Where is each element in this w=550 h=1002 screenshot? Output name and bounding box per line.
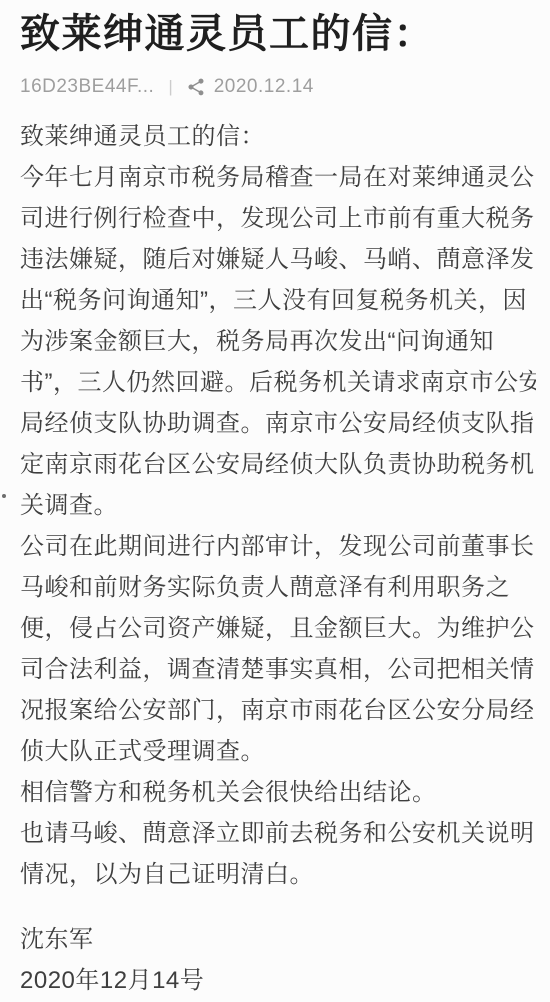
share-icon[interactable] (186, 76, 206, 98)
article-page: 致莱绅通灵员工的信： 16D23BE44F... | 2020.12.14 致莱… (0, 0, 550, 1001)
article-line: 也请马峻、蔄意泽立即前去税务和公安机关说明 (20, 813, 536, 854)
article-line: 沈东军 (20, 919, 536, 960)
meta-divider: | (168, 77, 172, 97)
article-date: 2020.12.14 (214, 76, 314, 98)
paragraph-salutation: 致莱绅通灵员工的信： (20, 116, 536, 157)
article-line: 违法嫌疑，随后对嫌疑人马峻、马峭、蔄意泽发 (20, 239, 536, 280)
paragraph-conclusion: 相信警方和税务机关会很快给出结论。 (20, 772, 536, 813)
article-body: 致莱绅通灵员工的信：今年七月南京市税务局稽查一局在对莱绅通灵公司进行例行检查中，… (20, 116, 536, 1001)
article-line: 情况，以为自己证明清白。 (20, 854, 536, 895)
paragraph-audit: 公司在此期间进行内部审计，发现公司前董事长马峻和前财务实际负责人蔄意泽有利用职务… (20, 526, 536, 772)
paragraph-investigation: 今年七月南京市税务局稽查一局在对莱绅通灵公司进行例行检查中，发现公司上市前有重大… (20, 157, 536, 526)
article-line: 局经侦支队协助调查。南京市公安局经侦支队指 (20, 403, 536, 444)
article-line: 便，侵占公司资产嫌疑，且金额巨大。为维护公 (20, 608, 536, 649)
document-id: 16D23BE44F... (20, 76, 154, 98)
article-line: 2020年12月14号 (20, 960, 536, 1001)
article-line: 定南京雨花台区公安局经侦大队负责协助税务机 (20, 444, 536, 485)
article-line: 马峻和前财务实际负责人蔄意泽有利用职务之 (20, 567, 536, 608)
article-line: 关调查。 (20, 485, 536, 526)
article-line: 为涉案金额巨大，税务局再次发出“问询通知 (20, 321, 536, 362)
article-line: 书”，三人仍然回避。后税务机关请求南京市公安 (20, 362, 536, 403)
article-line: 今年七月南京市税务局稽查一局在对莱绅通灵公 (20, 157, 536, 198)
article-line: 司合法利益，调查清楚事实真相，公司把相关情 (20, 649, 536, 690)
article-line: 侦大队正式受理调查。 (20, 731, 536, 772)
paragraph-appeal: 也请马峻、蔄意泽立即前去税务和公安机关说明情况，以为自己证明清白。 (20, 813, 536, 895)
paragraph-signature: 沈东军2020年12月14号 (20, 919, 536, 1001)
article-line: 出“税务问询通知”，三人没有回复税务机关，因 (20, 280, 536, 321)
article-line: 司进行例行检查中，发现公司上市前有重大税务 (20, 198, 536, 239)
article-line: 致莱绅通灵员工的信： (20, 116, 536, 157)
article-line: 相信警方和税务机关会很快给出结论。 (20, 772, 536, 813)
page-title: 致莱绅通灵员工的信： (20, 10, 536, 58)
article-line: 公司在此期间进行内部审计，发现公司前董事长 (20, 526, 536, 567)
meta-row: 16D23BE44F... | 2020.12.14 (20, 75, 536, 99)
article-line: 况报案给公安部门，南京市雨花台区公安分局经 (20, 690, 536, 731)
margin-dot-artifact (2, 494, 6, 498)
